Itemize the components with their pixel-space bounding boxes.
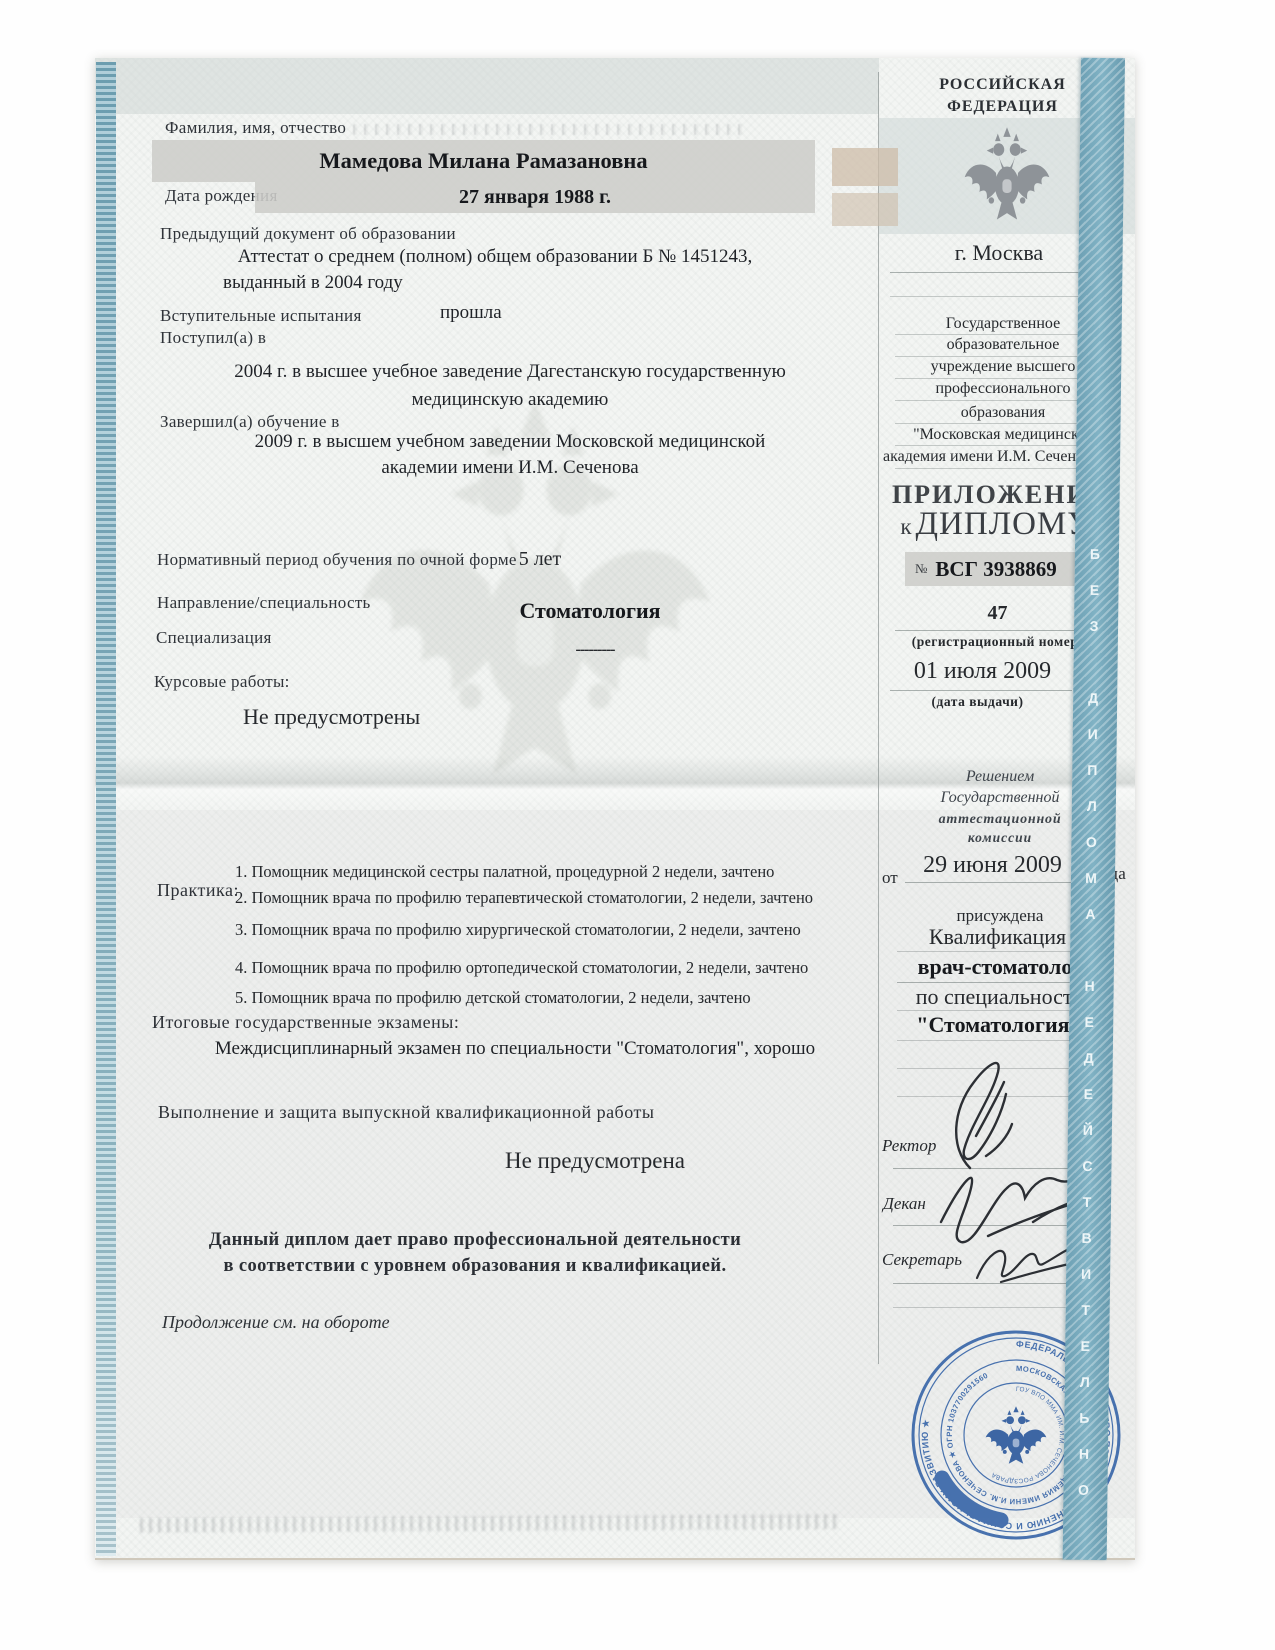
ruled-line — [895, 378, 1105, 379]
edge-warning-text: БЕЗ ДИПЛОМА НЕДЕЙСТВИТЕЛЬНО — [1075, 546, 1103, 1518]
ink-bleed-through — [140, 1514, 840, 1533]
faint-print-noise — [353, 124, 743, 135]
study-period-label: Нормативный период обучения по очной фор… — [157, 550, 517, 570]
ruled-line — [905, 882, 1085, 883]
name-value: Мамедова Милана Рамазановна — [152, 140, 815, 182]
ruled-line — [895, 445, 1105, 446]
rights-statement-line1: Данный диплом дает право профессионально… — [150, 1230, 800, 1251]
decision-line: комиссии — [900, 830, 1100, 846]
from-label: от — [882, 868, 898, 888]
thesis-label: Выполнение и защита выпускной квалификац… — [158, 1102, 654, 1123]
specialization-value: --------- — [525, 641, 665, 659]
admitted-line2: медицинскую академию — [165, 389, 855, 411]
previous-document-line2: выданный в 2004 году — [223, 272, 403, 294]
decision-line: Государственной — [900, 789, 1100, 807]
finished-line2: академии имени И.М. Сеченова — [165, 457, 855, 479]
decision-line: Решением — [900, 768, 1100, 786]
specialization-label: Специализация — [156, 628, 272, 648]
entrance-exams-value: прошла — [440, 302, 502, 324]
scanned-diploma-supplement-page: Фамилия, имя, отчество Мамедова Милана Р… — [0, 0, 1275, 1650]
continuation-note: Продолжение см. на обороте — [162, 1312, 390, 1333]
scan-artifact — [832, 148, 898, 186]
supplement-prefix: к — [900, 514, 911, 539]
country-line2: ФЕДЕРАЦИЯ — [895, 98, 1110, 116]
direction-label: Направление/специальность — [157, 593, 371, 613]
direction-value: Стоматология — [435, 598, 745, 624]
top-tint-band — [95, 58, 879, 114]
state-exams-value: Междисциплинарный экзамен по специальнос… — [190, 1038, 840, 1060]
registration-number-value: 47 — [890, 602, 1105, 625]
entrance-exams-label: Вступительные испытания — [160, 306, 362, 326]
ruled-line — [890, 690, 1072, 691]
name-label: Фамилия, имя, отчество — [165, 118, 346, 138]
practice-item: 1. Помощник медицинской сестры палатной,… — [235, 862, 774, 882]
coursework-label: Курсовые работы: — [154, 672, 290, 692]
issue-date-caption: (дата выдачи) — [875, 694, 1080, 710]
dean-label: Декан — [883, 1194, 926, 1214]
ruled-line — [895, 468, 1105, 469]
thesis-value: Не предусмотрена — [345, 1148, 845, 1174]
secretary-label: Секретарь — [882, 1250, 962, 1270]
number-sign: № — [915, 561, 927, 577]
finished-label: Завершил(а) обучение в — [160, 412, 340, 432]
issue-date-value: 01 июля 2009 — [880, 658, 1085, 685]
document-sheet: Фамилия, имя, отчество Мамедова Милана Р… — [95, 58, 1135, 1560]
ruled-line — [895, 400, 1105, 401]
diploma-number-value: ВСГ 3938869 — [935, 557, 1056, 582]
name-highlight-bar: Мамедова Милана Рамазановна — [152, 140, 815, 182]
ruled-line — [895, 356, 1105, 357]
practice-item: 3. Помощник врача по профилю хирургическ… — [235, 920, 801, 940]
decision-line: аттестационной — [900, 812, 1100, 828]
coat-of-arms-eagle-icon — [961, 122, 1053, 228]
previous-document-label: Предыдущий документ об образовании — [160, 224, 456, 244]
stamp-eagle-icon — [986, 1406, 1047, 1463]
practice-item: 2. Помощник врача по профилю терапевтиче… — [235, 888, 813, 908]
ruled-line — [890, 296, 1108, 297]
scan-artifact — [832, 193, 898, 226]
rector-label: Ректор — [882, 1136, 936, 1156]
coursework-value: Не предусмотрены — [243, 704, 420, 730]
left-binding-ribbon — [96, 62, 116, 1556]
rights-statement-line2: в соответствии с уровнем образования и к… — [150, 1256, 800, 1277]
decision-date-value: 29 июня 2009 — [895, 852, 1090, 879]
state-exams-label: Итоговые государственные экзамены: — [152, 1012, 459, 1033]
country-line1: РОССИЙСКАЯ — [895, 76, 1110, 94]
column-divider-line — [878, 72, 879, 1364]
practice-item: 4. Помощник врача по профилю ортопедичес… — [235, 958, 808, 978]
ruled-line — [890, 272, 1108, 273]
supplement-word: ДИПЛОМУ — [916, 506, 1092, 542]
study-period-value: 5 лет — [475, 548, 605, 571]
secretary-signature — [973, 1238, 1073, 1290]
city-value: г. Москва — [890, 240, 1108, 266]
previous-document-line1: Аттестат о среднем (полном) общем образо… — [165, 246, 825, 268]
registration-caption: (регистрационный номер) — [890, 634, 1105, 650]
ruled-line — [895, 423, 1105, 424]
practice-label: Практика: — [157, 880, 239, 901]
admitted-line1: 2004 г. в высшее учебное заведение Дагес… — [165, 361, 855, 383]
finished-line1: 2009 г. в высшем учебном заведении Моско… — [165, 431, 855, 453]
practice-item: 5. Помощник врача по профилю детской сто… — [235, 988, 751, 1008]
admitted-label: Поступил(а) в — [160, 328, 266, 348]
ruled-line — [895, 334, 1105, 335]
dob-value: 27 января 1988 г. — [255, 182, 815, 213]
dob-highlight-bar: 27 января 1988 г. — [255, 182, 815, 213]
